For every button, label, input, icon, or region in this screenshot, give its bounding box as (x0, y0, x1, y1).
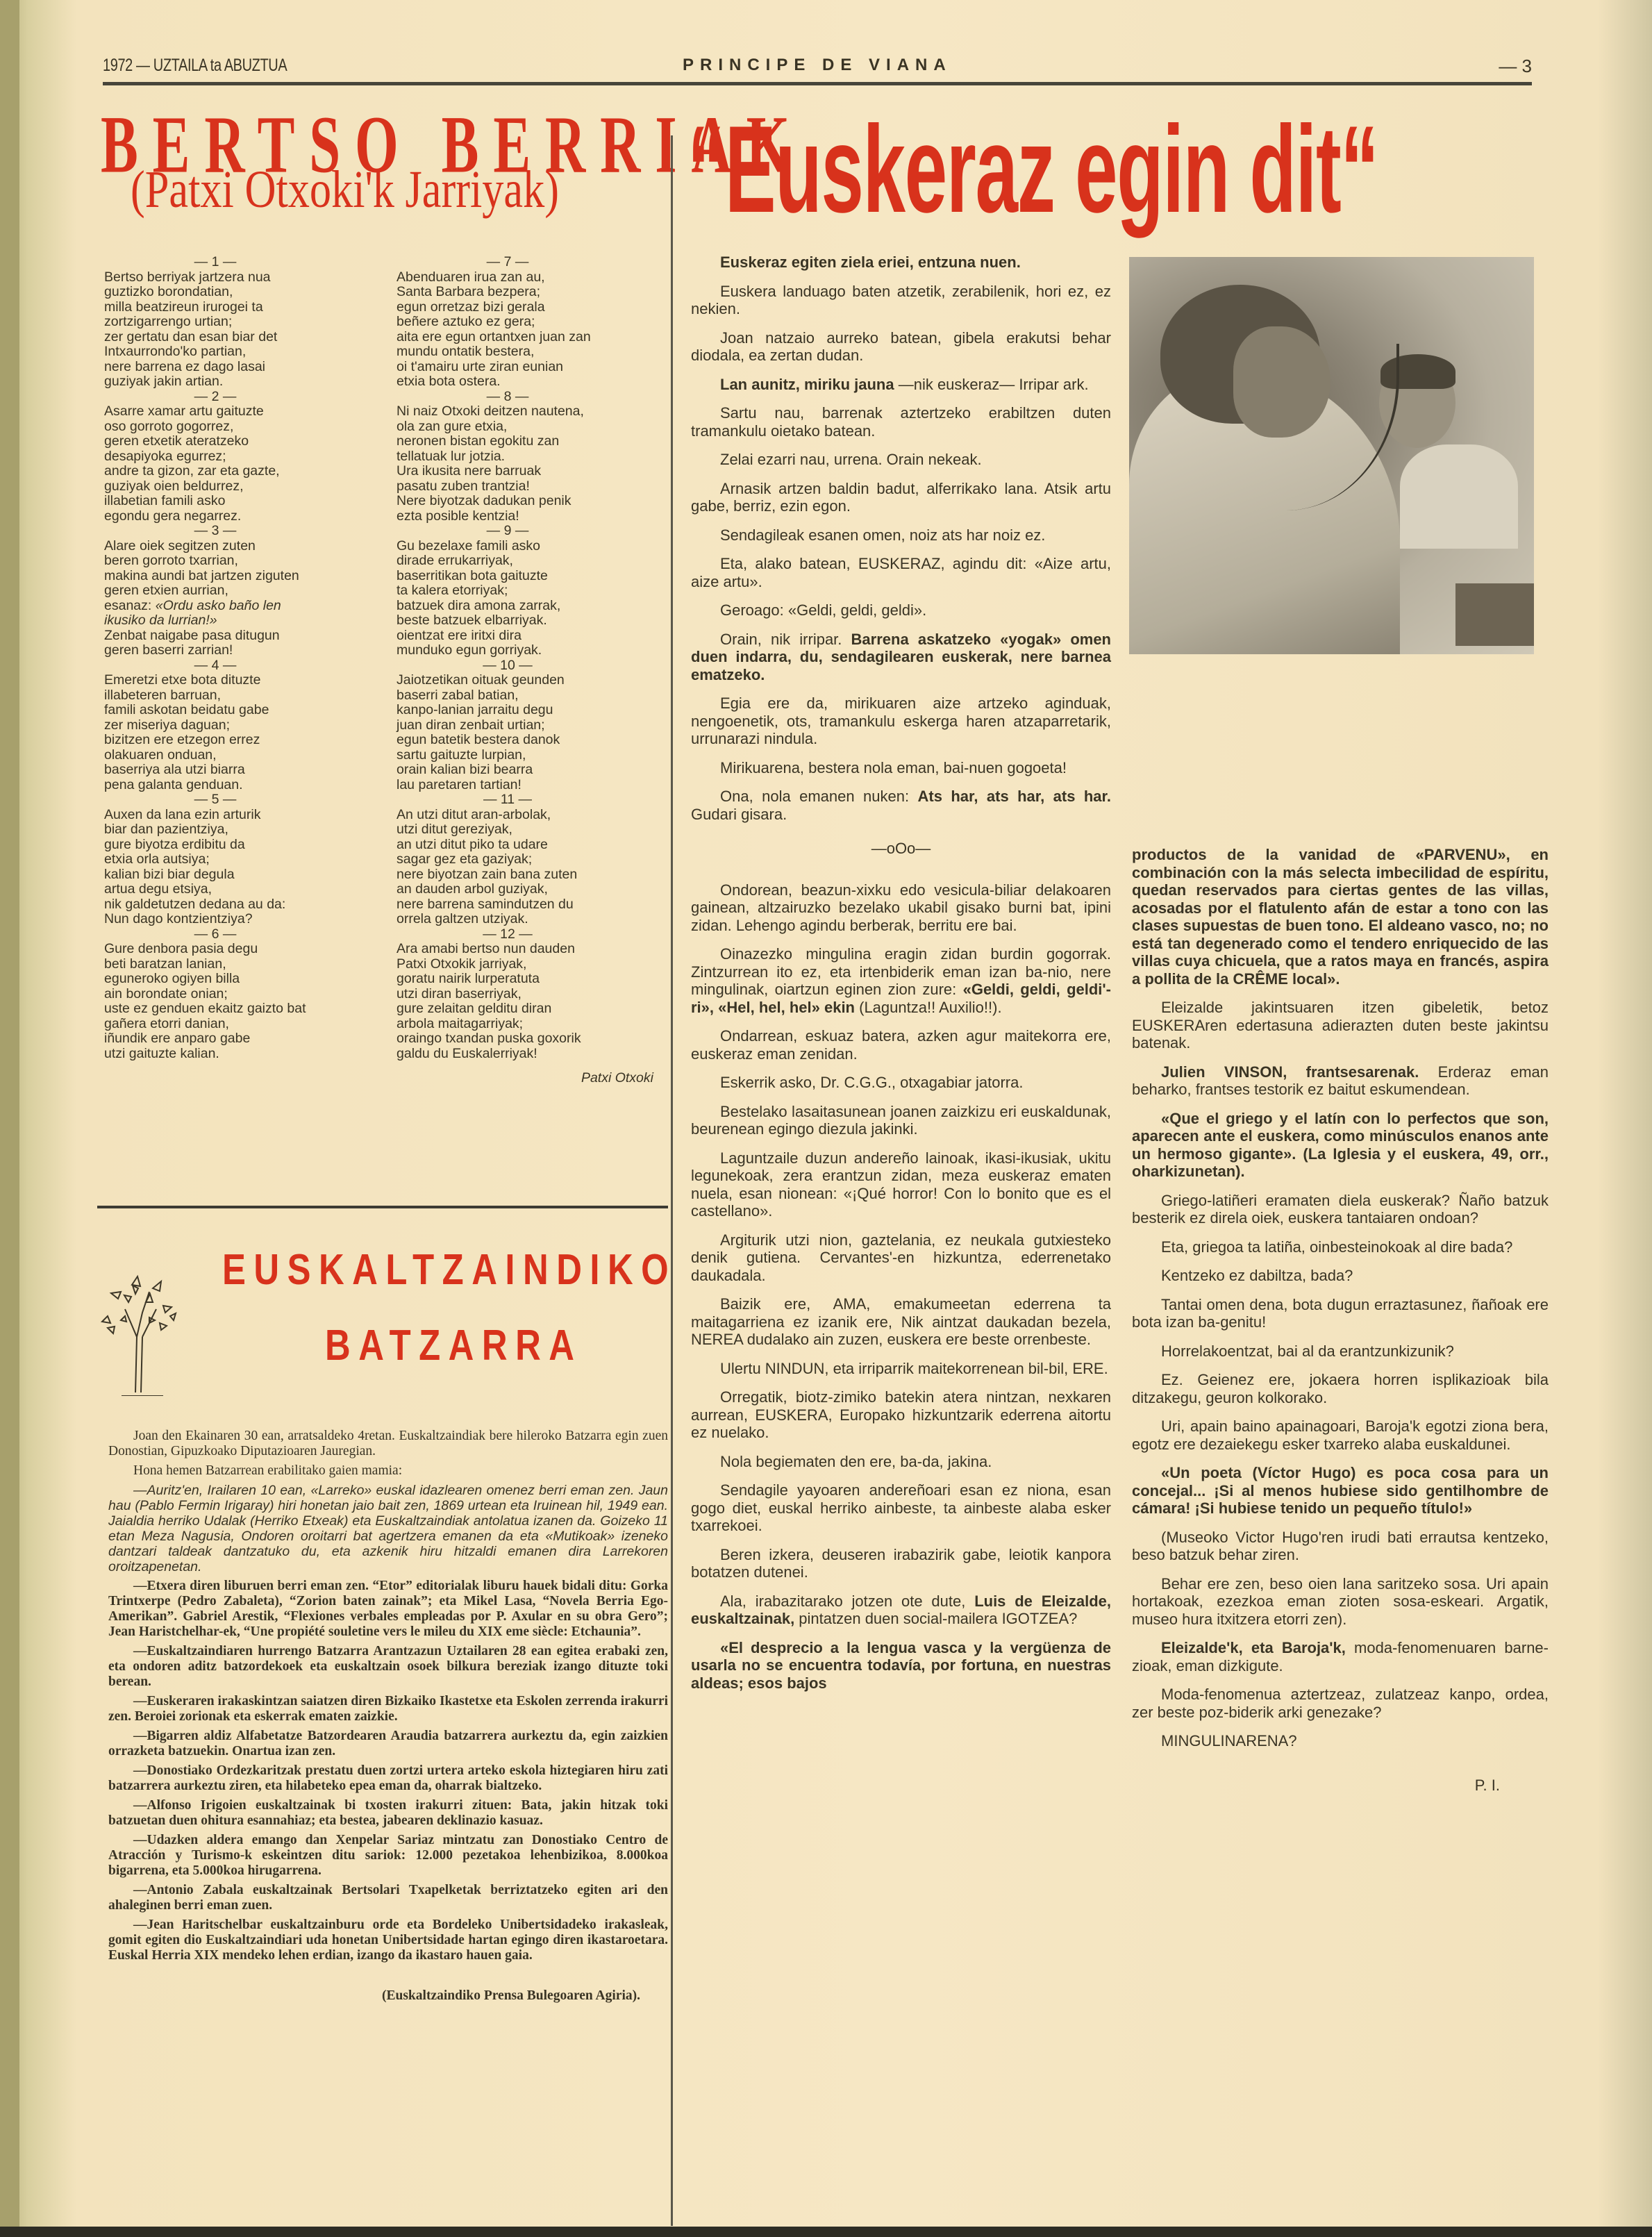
poem-line: nere barrena samindutzen du (397, 897, 674, 913)
poem-line: gure zelaitan gelditu diran (397, 1001, 674, 1017)
article-paragraph: Moda-fenomenua aztertzeaz, zulatzeaz kan… (1132, 1686, 1549, 1721)
article-paragraph: Laguntzaile duzun andereño lainoak, ikas… (691, 1149, 1111, 1220)
stanza-number: — 1 — (104, 255, 326, 270)
batzarra-paragraph: —Bigarren aldiz Alfabetatze Batzordearen… (108, 1729, 668, 1759)
text: Beren izkera, deuseren irabazirik gabe, … (691, 1546, 1111, 1581)
text: Uri, apain baino apainagoari, Baroja'k e… (1132, 1417, 1549, 1453)
text: Ez. Geienez ere, jokaera horren isplikaz… (1132, 1371, 1549, 1406)
batzarra-source: (Euskaltzaindiko Prensa Bulegoaren Agiri… (108, 1988, 668, 2004)
poem-line: Nere biyotzak dadukan penik (397, 494, 674, 509)
tree-icon (94, 1261, 191, 1396)
article-paragraph: Lan aunitz, miriku jauna —nik euskeraz— … (691, 376, 1111, 394)
poem-line: ikusiko da lurrian!» (104, 613, 382, 629)
publication-name: PRINCIPE DE VIANA (683, 56, 952, 75)
poem-line: illabeteren barruan, (104, 688, 382, 704)
poem-line: biar dan pazientziya, (104, 822, 382, 838)
poem-line: zer miseriya daguan; (104, 718, 382, 733)
poem-line: gure biyotza erdibitu da (104, 838, 382, 853)
poem-line: geren etxien aurrian, (104, 583, 382, 599)
batzarra-paragraph: —Euskeraren irakaskintzan saiatzen diren… (108, 1694, 668, 1724)
bold-text: Julien VINSON, frantsesarenak. (1161, 1063, 1419, 1081)
text: pintatzen duen social-mailera IGOTZEA? (794, 1610, 1077, 1627)
text: Moda-fenomenua aztertzeaz, zulatzeaz kan… (1132, 1686, 1549, 1721)
poem-line: zer gertatu dan esan biar det (104, 330, 382, 345)
poem-line: etxia orla autsiya; (104, 852, 382, 867)
poem-line: juan diran zenbait urtian; (397, 718, 674, 733)
text: Sartu nau, barrenak aztertzeko erabiltze… (691, 404, 1111, 440)
text: Kentzeko ez dabiltza, bada? (1161, 1267, 1353, 1284)
article-paragraph: (Museoko Victor Hugo'ren irudi bati erra… (1132, 1529, 1549, 1564)
article-paragraph: Griego-latiñeri eramaten diela euskerak?… (1132, 1192, 1549, 1227)
poem-line: iñundik ere anparo gabe (104, 1031, 382, 1047)
article-paragraph: Egia ere da, mirikuaren aize artzeko agi… (691, 695, 1111, 748)
poem-line: Ura ikusita nere barruak (397, 464, 674, 479)
text: Euskera landuago baten atzetik, zerabile… (691, 283, 1111, 318)
text: Argiturik utzi nion, gaztelania, ez neuk… (691, 1231, 1111, 1284)
text: Nola begiematen den ere, ba-da, jakina. (720, 1453, 992, 1470)
running-head: 1972 — UZTAILA ta ABUZTUA PRINCIPE DE VI… (103, 56, 1532, 83)
text: Eta, griegoa ta latiña, oinbesteinokoak … (1161, 1238, 1512, 1256)
poem-line: egun orretzaz bizi gerala (397, 300, 674, 315)
poem-line: geren baserri zarrian! (104, 643, 382, 658)
text: Arnasik artzen baldin badut, alferrikako… (691, 480, 1111, 515)
poem-line: artua degu etsiya, (104, 882, 382, 897)
euskeraz-title: “Euskeraz egin dit“ (687, 108, 1378, 231)
text: Sendagileak esanen omen, noiz ats har no… (720, 526, 1045, 544)
article-paragraph: Horrelakoentzat, bai al da erantzunkizun… (1132, 1342, 1549, 1361)
poem-line: egondu gera negarrez. (104, 509, 382, 524)
euskeraz-column-1: Euskeraz egiten ziela eriei, entzuna nue… (691, 253, 1111, 1703)
article-paragraph: Bestelako lasaitasunean joanen zaizkizu … (691, 1103, 1111, 1138)
bold-text: productos de la vanidad de «PARVENU», en… (1132, 846, 1549, 988)
poem-line: oi t'amairu urte ziran eunian (397, 360, 674, 375)
poem-line: mundu ontatik bestera, (397, 344, 674, 360)
page-number: — 3 (1499, 56, 1532, 77)
poem-line: dirade errukarriyak, (397, 554, 674, 569)
article-paragraph: Ondarrean, eskuaz batera, azken agur mai… (691, 1027, 1111, 1063)
text: Ala, irabazitarako jotzen ote dute, (720, 1592, 974, 1610)
text: Eta, alako batean, EUSKERAZ, agindu dit:… (691, 555, 1111, 590)
poem-line: milla beatzireun irurogei ta (104, 300, 382, 315)
stanza-number: — 6 — (104, 927, 326, 942)
poem-line: ain borondate onian; (104, 987, 382, 1002)
article-paragraph: MINGULINARENA? (1132, 1732, 1549, 1750)
poem-line: Nun dago kontzientziya? (104, 912, 382, 927)
article-paragraph: Geroago: «Geldi, geldi, geldi». (691, 601, 1111, 619)
bold-text: Eleizalde'k, eta Baroja'k, (1161, 1639, 1346, 1656)
text: MINGULINARENA? (1161, 1732, 1297, 1749)
poem-line: etxia bota ostera. (397, 374, 674, 390)
text: Griego-latiñeri eramaten diela euskerak?… (1132, 1192, 1549, 1227)
article-paragraph: Joan natzaio aurreko batean, gibela erak… (691, 329, 1111, 365)
poem-line: nere biyotzan zain bana zuten (397, 867, 674, 883)
newspaper-page: 1972 — UZTAILA ta ABUZTUA PRINCIPE DE VI… (0, 0, 1652, 2237)
poem-line: goratu nairik lurperatuta (397, 972, 674, 987)
article-paragraph: Julien VINSON, frantsesarenak. Erderaz e… (1132, 1063, 1549, 1099)
poem-line: sartu gaituzte lurpian, (397, 748, 674, 763)
article-paragraph: productos de la vanidad de «PARVENU», en… (1132, 846, 1549, 988)
poem-line: Ara amabi bertso nun dauden (397, 942, 674, 957)
poem-line: nik galdetutzen dedana au da: (104, 897, 382, 913)
article-paragraph: Argiturik utzi nion, gaztelania, ez neuk… (691, 1231, 1111, 1285)
article-paragraph: Eleizalde'k, eta Baroja'k, moda-fenomenu… (1132, 1639, 1549, 1674)
stanza-number: — 7 — (397, 255, 619, 270)
text: Mirikuarena, bestera nola eman, bai-nuen… (720, 759, 1067, 776)
euskaltzaindiko-title-line2: BATZARRA (325, 1321, 582, 1370)
poem-line: ezta posible kentzia! (397, 509, 674, 524)
poem-line: utzi diran baserriyak, (397, 987, 674, 1002)
poem-line: neronen bistan egokitu zan (397, 434, 674, 449)
article-paragraph: «Que el griego y el latín con lo perfect… (1132, 1110, 1549, 1181)
text: Orain, nik irripar. (720, 631, 851, 648)
poem-line: orrela galtzen utziyak. (397, 912, 674, 927)
poem-line: Ni naiz Otxoki deitzen nautena, (397, 404, 674, 419)
poem-line: arbola maitagarriyak; (397, 1017, 674, 1032)
article-paragraph: «Un poeta (Víctor Hugo) es poca cosa par… (1132, 1464, 1549, 1517)
stanza-number: — 9 — (397, 524, 619, 539)
stanza-number: — 5 — (104, 792, 326, 808)
batzarra-paragraph: Joan den Ekainaren 30 ean, arratsaldeko … (108, 1429, 668, 1459)
article-paragraph: Sendagileak esanen omen, noiz ats har no… (691, 526, 1111, 544)
poem-line: andre ta gizon, zar eta gazte, (104, 464, 382, 479)
article-paragraph: Sartu nau, barrenak aztertzeko erabiltze… (691, 404, 1111, 440)
poem-line: Auxen da lana ezin arturik (104, 808, 382, 823)
poem-line: illabetian famili asko (104, 494, 382, 509)
batzarra-paragraph: —Euskaltzaindiaren hurrengo Batzarra Ara… (108, 1644, 668, 1690)
poem-line: Emeretzi etxe bota dituzte (104, 673, 382, 688)
poem-line: gañera etorri danian, (104, 1017, 382, 1032)
poem-line: aita ere egun ortantxen juan zan (397, 330, 674, 345)
poem-line: munduko egun gorriyak. (397, 643, 674, 658)
article-paragraph: Eskerrik asko, Dr. C.G.G., otxagabiar ja… (691, 1074, 1111, 1092)
poem-line: Jaiotzetikan oituak geunden (397, 673, 674, 688)
article-paragraph: Sendagile yayoaren andereñoari esan ez n… (691, 1481, 1111, 1535)
text: —oOo— (871, 840, 931, 857)
poem-line: pasatu zuben trantzia! (397, 479, 674, 494)
poem-line: guziyak jakin artian. (104, 374, 382, 390)
bold-text: Lan aunitz, miriku jauna (720, 376, 894, 393)
poem-line: batzuek dira amona zarrak, (397, 599, 674, 614)
text: Eskerrik asko, Dr. C.G.G., otxagabiar ja… (720, 1074, 1023, 1091)
batzarra-paragraph: —Donostiako Ordezkaritzak prestatu duen … (108, 1763, 668, 1794)
text: Orregatik, biotz-zimiko batekin atera ni… (691, 1388, 1111, 1441)
batzarra-paragraph: —Jean Haritschelbar euskaltzainburu orde… (108, 1918, 668, 1963)
text: Ondarrean, eskuaz batera, azken agur mai… (691, 1027, 1111, 1063)
stanza-number: — 12 — (397, 927, 619, 942)
bold-text: «Que el griego y el latín con lo perfect… (1132, 1110, 1549, 1181)
poem-line: galdu du Euskalerriyak! (397, 1047, 674, 1062)
poem-line: makina aundi bat jartzen ziguten (104, 569, 382, 584)
article-paragraph: Orregatik, biotz-zimiko batekin atera ni… (691, 1388, 1111, 1442)
poem-line: sagar gez eta gaziyak; (397, 852, 674, 867)
stanza-number: — 2 — (104, 390, 326, 405)
text: Geroago: «Geldi, geldi, geldi». (720, 601, 926, 619)
poem-line: oraingo txandan puska goxorik (397, 1031, 674, 1047)
poem-line: An utzi ditut aran-arbolak, (397, 808, 674, 823)
poem-line: tellatuak lur jotzia. (397, 449, 674, 465)
text: P. I. (1475, 1777, 1500, 1794)
article-paragraph: Uri, apain baino apainagoari, Baroja'k e… (1132, 1417, 1549, 1453)
poem-line: famili askotan beidatu gabe (104, 703, 382, 718)
stanza-number: — 8 — (397, 390, 619, 405)
article-paragraph: Oinazezko mingulina eragin zidan burdin … (691, 945, 1111, 1016)
text: (Laguntza!! Auxilio!!). (855, 999, 1002, 1016)
poem-line: uste ez genduen ekaitz gaizto bat (104, 1001, 382, 1017)
text: Horrelakoentzat, bai al da erantzunkizun… (1161, 1342, 1454, 1360)
poem-line: ola zan gure etxia, (397, 419, 674, 435)
text: Joan natzaio aurreko batean, gibela erak… (691, 329, 1111, 365)
article-paragraph: Orain, nik irripar. Barrena askatzeko «y… (691, 631, 1111, 684)
article-paragraph: Nola begiematen den ere, ba-da, jakina. (691, 1453, 1111, 1471)
text: —nik euskeraz— Irripar ark. (894, 376, 1089, 393)
poem-line: Patxi Otxokik jarriyak, (397, 957, 674, 972)
batzarra-paragraph: —Etxera diren liburuen berri eman zen. “… (108, 1579, 668, 1640)
stanza-number: — 10 — (397, 658, 619, 674)
poem-line: baserriya ala utzi biarra (104, 763, 382, 778)
text: Eleizalde jakintsuaren itzen gibeletik, … (1132, 999, 1549, 1051)
text: Baizik ere, AMA, emakumeetan ederrena ta… (691, 1295, 1111, 1348)
poem-line: kanpo-lanian jarraitu degu (397, 703, 674, 718)
poem-line: oso gorroto gogorrez, (104, 419, 382, 435)
text: Ondorean, beazun-xixku edo vesicula-bili… (691, 881, 1111, 934)
poem-line: Santa Barbara bezpera; (397, 285, 674, 300)
poem-line: baserritikan bota gaituzte (397, 569, 674, 584)
batzarra-paragraph: —Auritz'en, Irailaren 10 ean, «Larreko» … (108, 1483, 668, 1574)
poem-line: eguneroko ogiyen billa (104, 972, 382, 987)
poem-line: an utzi ditut piko ta udare (397, 838, 674, 853)
batzarra-paragraph: —Alfonso Irigoien euskaltzainak bi txost… (108, 1798, 668, 1829)
poem-line: beti baratzan lanian, (104, 957, 382, 972)
issue-date: 1972 — UZTAILA ta ABUZTUA (103, 56, 287, 76)
article-paragraph: Euskeraz egiten ziela eriei, entzuna nue… (691, 253, 1111, 272)
text: Sendagile yayoaren andereñoari esan ez n… (691, 1481, 1111, 1534)
poem-column-1: — 1 —Bertso berriyak jartzera nuaguztizk… (104, 255, 382, 1061)
page-edge (0, 2227, 1652, 2237)
batzarra-paragraph: —Udazken aldera emango dan Xenpelar Sari… (108, 1833, 668, 1879)
article-paragraph: Mirikuarena, bestera nola eman, bai-nuen… (691, 759, 1111, 777)
poem-line: Intxaurrondo'ko partian, (104, 344, 382, 360)
text: Tantai omen dena, bota dugun erraztasune… (1132, 1296, 1549, 1331)
poem-line: nere barrena ez dago lasai (104, 360, 382, 375)
poem-line: an dauden arbol guziyak, (397, 882, 674, 897)
batzarra-paragraph: —Antonio Zabala euskaltzainak Bertsolari… (108, 1883, 668, 1913)
text: (Museoko Victor Hugo'ren irudi bati erra… (1132, 1529, 1549, 1564)
article-paragraph: Baizik ere, AMA, emakumeetan ederrena ta… (691, 1295, 1111, 1349)
poem-line: esanaz: «Ordu asko baño len (104, 599, 382, 614)
text: Behar ere zen, beso oien lana saritzeko … (1132, 1575, 1549, 1628)
article-paragraph: Tantai omen dena, bota dugun erraztasune… (1132, 1296, 1549, 1331)
poem-line: lau paretaren tartian! (397, 778, 674, 793)
poem-line: ta kalera etorriyak; (397, 583, 674, 599)
article-paragraph: Arnasik artzen baldin badut, alferrikako… (691, 480, 1111, 515)
article-signature: P. I. (1132, 1777, 1549, 1795)
poem-column-2: — 7 —Abenduaren irua zan au,Santa Barbar… (397, 255, 674, 1086)
poem-line: Gu bezelaxe famili asko (397, 539, 674, 554)
article-paragraph: Kentzeko ez dabiltza, bada? (1132, 1267, 1549, 1285)
article-paragraph: Eta, alako batean, EUSKERAZ, agindu dit:… (691, 555, 1111, 590)
text: Ulertu NINDUN, eta irriparrik maitekorre… (720, 1360, 1108, 1377)
poem-line: Zenbat naigabe pasa ditugun (104, 629, 382, 644)
text: Ona, nola emanen nuken: (720, 788, 918, 805)
bertso-subtitle: (Patxi Otxoki'k Jarriyak) (131, 161, 559, 219)
doctor-photo (1129, 257, 1534, 654)
section-divider (97, 1206, 668, 1208)
poem-line: desapiyoka egurrez; (104, 449, 382, 465)
article-paragraph: Eleizalde jakintsuaren itzen gibeletik, … (1132, 999, 1549, 1052)
article-paragraph: «El desprecio a la lengua vasca y la ver… (691, 1639, 1111, 1693)
article-paragraph: Ondorean, beazun-xixku edo vesicula-bili… (691, 881, 1111, 935)
text: Bestelako lasaitasunean joanen zaizkizu … (691, 1103, 1111, 1138)
poem-line: pena galanta genduan. (104, 778, 382, 793)
bold-text: «Un poeta (Víctor Hugo) es poca cosa par… (1132, 1464, 1549, 1517)
poem-line: Abenduaren irua zan au, (397, 270, 674, 285)
poem-line: bizitzen ere etzegon errez (104, 733, 382, 748)
article-paragraph: Zelai ezarri nau, urrena. Orain nekeak. (691, 451, 1111, 469)
article-paragraph: Ulertu NINDUN, eta irriparrik maitekorre… (691, 1360, 1111, 1378)
poem-line: Gure denbora pasia degu (104, 942, 382, 957)
euskeraz-column-2: productos de la vanidad de «PARVENU», en… (1132, 846, 1549, 1805)
article-paragraph: Behar ere zen, beso oien lana saritzeko … (1132, 1575, 1549, 1629)
text: Egia ere da, mirikuaren aize artzeko agi… (691, 695, 1111, 747)
poem-line: beñere aztuko ez gera; (397, 315, 674, 330)
batzarra-article: Joan den Ekainaren 30 ean, arratsaldeko … (108, 1429, 668, 2008)
poem-line: beren gorroto txarrian, (104, 554, 382, 569)
poem-line: Asarre xamar artu gaituzte (104, 404, 382, 419)
article-paragraph: Eta, griegoa ta latiña, oinbesteinokoak … (1132, 1238, 1549, 1256)
poem-line: orain kalian bizi bearra (397, 763, 674, 778)
batzarra-paragraph: Hona hemen Batzarrean erabilitako gaien … (108, 1463, 668, 1479)
poem-line: utzi ditut gereziyak, (397, 822, 674, 838)
poem-line: oientzat ere iritxi dira (397, 629, 674, 644)
poem-line: Alare oiek segitzen zuten (104, 539, 382, 554)
text: Laguntzaile duzun andereño lainoak, ikas… (691, 1149, 1111, 1220)
binding-spine (0, 0, 19, 2237)
article-paragraph: —oOo— (691, 840, 1111, 858)
poem-line: utzi gaituzte kalian. (104, 1047, 382, 1062)
article-paragraph: Beren izkera, deuseren irabazirik gabe, … (691, 1546, 1111, 1581)
poem-line: Bertso berriyak jartzera nua (104, 270, 382, 285)
poem-line: zortzigarrengo urtian; (104, 315, 382, 330)
article-paragraph: Ez. Geienez ere, jokaera horren isplikaz… (1132, 1371, 1549, 1406)
text: Zelai ezarri nau, urrena. Orain nekeak. (720, 451, 982, 468)
article-paragraph: Ona, nola emanen nuken: Ats har, ats har… (691, 788, 1111, 823)
text: Gudari gisara. (691, 806, 787, 823)
poem-line: guztizko borondatian, (104, 285, 382, 300)
poem-line: beste batzuek elbarriyak. (397, 613, 674, 629)
poem-line: olakuaren onduan, (104, 748, 382, 763)
article-paragraph: Euskera landuago baten atzetik, zerabile… (691, 283, 1111, 318)
poem-line: baserri zabal batian, (397, 688, 674, 704)
euskaltzaindiko-title-line1: EUSKALTZAINDIKO (222, 1245, 676, 1295)
bold-text: «El desprecio a la lengua vasca y la ver… (691, 1639, 1111, 1692)
header-rule (103, 82, 1532, 85)
stanza-number: — 11 — (397, 792, 619, 808)
poem-line: egun batetik bestera danok (397, 733, 674, 748)
stanza-number: — 3 — (104, 524, 326, 539)
stanza-number: — 4 — (104, 658, 326, 674)
poem-line: geren etxetik ateratzeko (104, 434, 382, 449)
article-paragraph: Ala, irabazitarako jotzen ote dute, Luis… (691, 1592, 1111, 1628)
bold-text: Ats har, ats har, ats har. (918, 788, 1112, 805)
poem-line: kalian bizi biar degula (104, 867, 382, 883)
poem-signature: Patxi Otxoki (397, 1071, 674, 1086)
poem-line: guziyak oien beldurrez, (104, 479, 382, 494)
bold-text: Euskeraz egiten ziela eriei, entzuna nue… (720, 253, 1021, 271)
